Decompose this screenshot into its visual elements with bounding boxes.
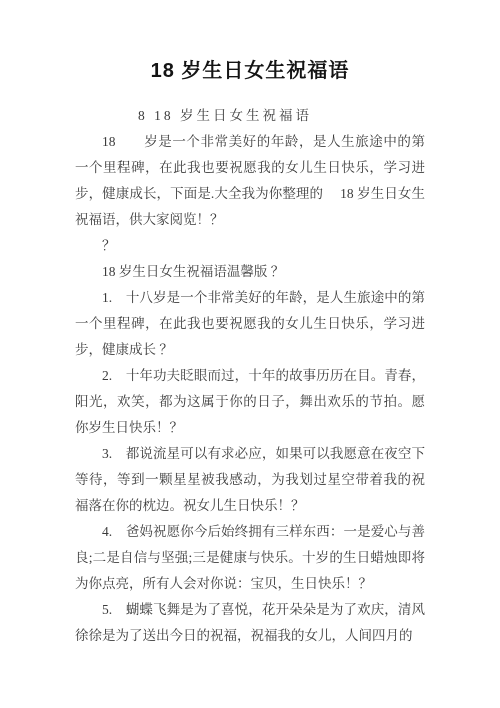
document-title: 18 岁生日女生祝福语 [0,0,500,84]
question-mark-line: ？ [75,233,425,259]
list-item-3: 3. 都说流星可以有求必应，如果可以我愿意在夜空下等待，等到一颗星星被我感动，为… [75,441,425,519]
subtitle-line: 8 18 岁生日女生祝福语 [75,103,425,129]
list-item-1: 1. 十八岁是一个非常美好的年龄，是人生旅途中的第一个里程碑，在此我也要祝愿我的… [75,285,425,363]
list-item-5: 5. 蝴蝶飞舞是为了喜悦，花开朵朵是为了欢庆，清风徐徐是为了送出今日的祝福，祝福… [75,597,425,649]
list-item-2: 2. 十年功夫眨眼而过，十年的故事历历在目。青春，阳光，欢笑，都为这属于你的日子… [75,363,425,441]
list-item-4: 4. 爸妈祝愿你今后始终拥有三样东西：一是爱心与善良;二是自信与坚强;三是健康与… [75,519,425,597]
intro-paragraph: 18 岁是一个非常美好的年龄，是人生旅途中的第一个里程碑，在此我也要祝愿我的女儿… [75,129,425,233]
document-page: 18 岁生日女生祝福语 8 18 岁生日女生祝福语 18 岁是一个非常美好的年龄… [0,0,500,708]
section-heading: 18 岁生日女生祝福语温馨版 ？ [75,259,425,285]
document-body: 8 18 岁生日女生祝福语 18 岁是一个非常美好的年龄，是人生旅途中的第一个里… [75,103,425,649]
